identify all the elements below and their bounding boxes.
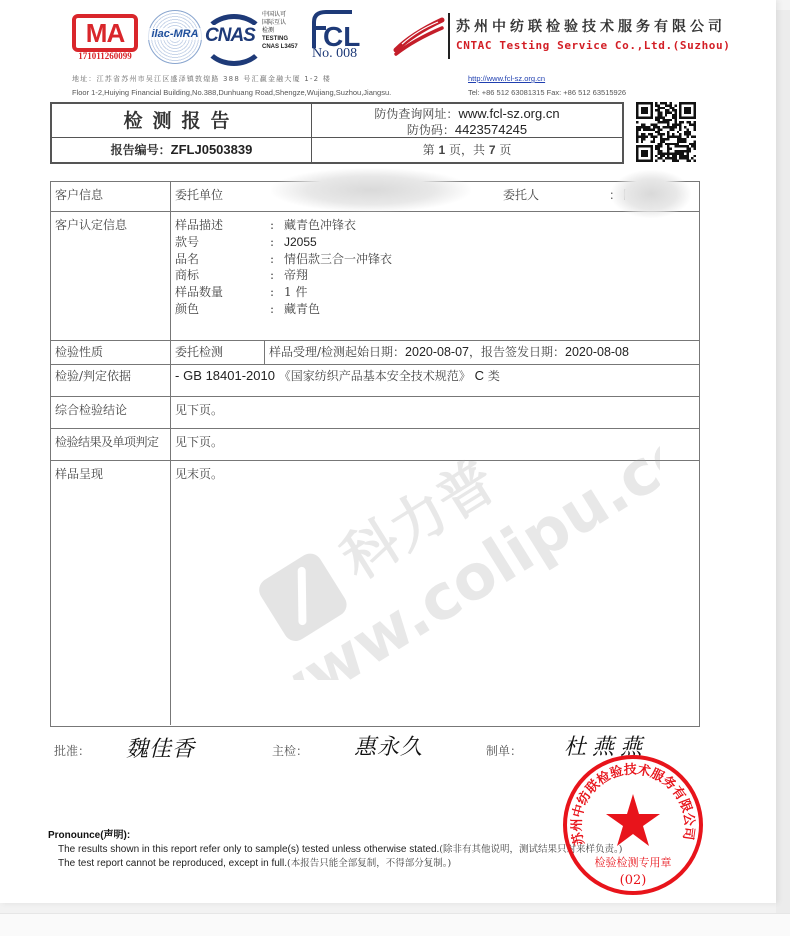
pronounce-line-2-en: The test report cannot be reproduced, ex… — [58, 858, 287, 869]
company-name-en: CNTAC Testing Service Co.,Ltd.(Suzhou) — [456, 39, 730, 52]
pronounce-line-2-cn: (本报告只能全部复制，不得部分复制。) — [287, 858, 451, 869]
cma-logo: MA — [72, 14, 138, 52]
label-inspection-type: 检验性质 — [51, 341, 171, 364]
page-mid: 页，共 — [449, 143, 485, 157]
issue-date: 2020-08-08 — [565, 345, 629, 359]
report-header-box: 检测报告 报告编号：ZFLJ0503839 防伪查询网址：www.fcl-sz.… — [50, 102, 624, 164]
label-conclusion: 综合检验结论 — [51, 397, 171, 428]
company-website-link[interactable]: http://www.fcl-sz.org.cn — [468, 74, 545, 83]
client-label: 委托人 — [503, 187, 539, 203]
label-client-info: 客户信息 — [51, 182, 171, 211]
label-results: 检验结果及单项判定 — [51, 429, 171, 460]
page-current: 1 — [438, 143, 445, 157]
spec-value: 1 件 — [284, 284, 307, 301]
approver-label: 批准： — [54, 742, 90, 759]
issue-date-label: ，报告签发日期： — [469, 345, 565, 359]
viewer-scroll-gutter[interactable] — [776, 10, 790, 913]
inspector-label: 主检： — [272, 742, 308, 759]
verify-code: 4423574245 — [455, 122, 527, 137]
conclusion-value: 见下页。 — [171, 397, 699, 428]
label-basis: 检验/判定依据 — [51, 365, 171, 396]
company-swoosh-logo-icon — [392, 16, 446, 56]
approver-signature: 魏佳香 — [126, 732, 195, 763]
preparer-label: 制单： — [486, 742, 522, 759]
row-basis: 检验/判定依据 - GB 18401-2010 《国家纺织产品基本安全技术规范》… — [51, 365, 699, 397]
page-total: 7 — [489, 143, 496, 157]
cnas-logo: CNAS — [205, 25, 255, 47]
sample-appearance-value: 见末页。 — [171, 461, 699, 725]
official-seal-stamp: 苏州中纺联检验技术服务有限公司 检验检测专用章 (02) — [560, 752, 706, 898]
label-client-specified: 客户认定信息 — [51, 212, 171, 340]
page-prefix: 第 — [423, 143, 435, 157]
cnas-line: 检测 — [262, 27, 304, 35]
spec-item: 款号:J2055 — [175, 234, 699, 251]
spec-key: 颜色 — [175, 301, 270, 318]
next-page-edge — [0, 913, 790, 936]
ilac-mra-label: ilac-MRA — [148, 28, 202, 40]
verify-url-label: 防伪查询网址： — [374, 107, 458, 121]
spec-key: 品名 — [175, 251, 270, 268]
row-client-info: 客户信息 委托单位 委托人 ： 陈 — [51, 182, 699, 212]
standard-code: GB 18401-2010 — [183, 368, 275, 383]
spec-value: 情侣款三合一冲锋衣 — [284, 251, 392, 268]
standard-category-suffix: 类 — [488, 369, 500, 383]
cnas-line: CNAS L3457 — [262, 43, 304, 51]
cnas-line: 国际互认 — [262, 19, 304, 27]
pronounce-line-2: The test report cannot be reproduced, ex… — [58, 855, 451, 869]
spec-item: 样品数量:1 件 — [175, 284, 699, 301]
fcl-number: No. 008 — [312, 46, 357, 62]
anti-counterfeit-info: 防伪查询网址：www.fcl-sz.org.cn 防伪码：4423574245 — [312, 104, 622, 138]
header-divider — [448, 13, 450, 59]
spec-key: 样品描述 — [175, 217, 270, 234]
address-en: Floor 1-2,Huiying Financial Building,No.… — [72, 88, 391, 97]
tel-fax: Tel: +86 512 63081315 Fax: +86 512 63515… — [468, 88, 626, 97]
spec-value: 帝翔 — [284, 267, 308, 284]
redaction-blur — [271, 168, 471, 212]
svg-text:(02): (02) — [620, 873, 647, 888]
start-date: 2020-08-07 — [405, 345, 469, 359]
start-date-label: 样品受理/检测起始日期： — [269, 345, 405, 359]
cell-divider — [264, 341, 265, 364]
standard-name: 《国家纺织产品基本安全技术规范》 — [279, 369, 471, 383]
spec-item: 品名:情侣款三合一冲锋衣 — [175, 251, 699, 268]
cnas-accreditation-text: 中国认可 国际互认 检测 TESTING CNAS L3457 — [262, 11, 304, 51]
cnas-line: TESTING — [262, 35, 304, 43]
spec-value: 藏青色 — [284, 301, 320, 318]
spec-key: 样品数量 — [175, 284, 270, 301]
pronounce-line-1-en: The results shown in this report refer o… — [58, 844, 439, 855]
spec-key: 商标 — [175, 267, 270, 284]
verify-url[interactable]: www.fcl-sz.org.cn — [458, 106, 559, 121]
cnas-line: 中国认可 — [262, 11, 304, 19]
spec-item: 颜色:藏青色 — [175, 301, 699, 318]
spec-item: 商标:帝翔 — [175, 267, 699, 284]
spec-key: 款号 — [175, 234, 270, 251]
report-number: 报告编号：ZFLJ0503839 — [52, 138, 312, 162]
report-number-value: ZFLJ0503839 — [171, 142, 253, 157]
report-page: MA 171011260099 ilac-MRA CNAS 中国认可 国际互认 … — [0, 0, 776, 903]
row-results: 检验结果及单项判定 见下页。 — [51, 429, 699, 461]
svg-text:检验检测专用章: 检验检测专用章 — [595, 855, 672, 869]
cma-number: 171011260099 — [70, 51, 140, 61]
spec-item: 样品描述:藏青色冲锋衣 — [175, 217, 699, 234]
pronounce-line-1: The results shown in this report refer o… — [58, 841, 622, 855]
report-title: 检测报告 — [52, 104, 312, 138]
report-number-label: 报告编号： — [111, 143, 171, 157]
inspection-dates: 样品受理/检测起始日期：2020-08-07，报告签发日期：2020-08-08 — [269, 344, 629, 360]
verify-code-label: 防伪码： — [407, 123, 455, 137]
entrusting-unit-label: 委托单位 — [175, 188, 223, 202]
spec-value: J2055 — [284, 234, 317, 251]
basis-value: - GB 18401-2010 《国家纺织产品基本安全技术规范》 C 类 — [171, 365, 699, 396]
pronounce-title: Pronounce(声明): — [48, 826, 130, 841]
company-name-cn: 苏州中纺联检验技术服务有限公司 — [456, 16, 726, 36]
address-cn: 地址：江苏省苏州市吴江区盛泽镇敦煌路 388 号汇赢金融大厦 1-2 楼 — [72, 74, 331, 84]
redaction-blur — [611, 170, 691, 218]
inspector-signature: 惠永久 — [354, 730, 423, 761]
results-value: 见下页。 — [171, 429, 699, 460]
client-specified-list: 样品描述:藏青色冲锋衣 款号:J2055 品名:情侣款三合一冲锋衣 商标:帝翔 … — [171, 212, 699, 340]
row-conclusion: 综合检验结论 见下页。 — [51, 397, 699, 429]
row-client-specified: 客户认定信息 样品描述:藏青色冲锋衣 款号:J2055 品名:情侣款三合一冲锋衣… — [51, 212, 699, 341]
row-sample-appearance: 样品呈现 见末页。 — [51, 461, 699, 725]
report-table: 客户信息 委托单位 委托人 ： 陈 客户认定信息 样品描述:藏青色冲锋衣 款号:… — [50, 181, 700, 727]
basis-dash: - — [175, 368, 179, 383]
label-sample-appearance: 样品呈现 — [51, 461, 171, 725]
qr-code-icon[interactable] — [636, 102, 696, 162]
standard-category: C — [475, 368, 484, 383]
spec-value: 藏青色冲锋衣 — [284, 217, 356, 234]
page-indicator: 第 1 页，共 7 页 — [312, 138, 622, 162]
row-inspection-type: 检验性质 委托检测 样品受理/检测起始日期：2020-08-07，报告签发日期：… — [51, 341, 699, 365]
page-suffix: 页 — [499, 143, 511, 157]
